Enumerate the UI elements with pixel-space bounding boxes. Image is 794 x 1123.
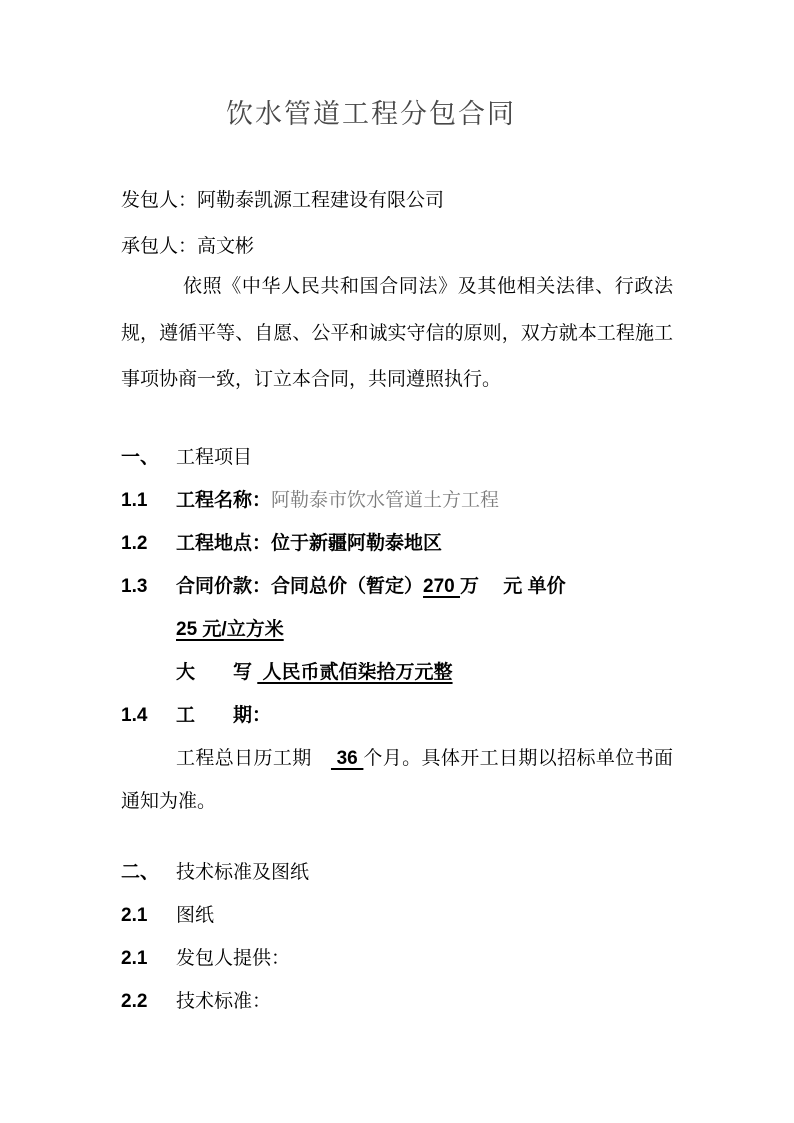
section-1-heading-row: 一、 工程项目 [121,436,673,479]
section-2-heading: 技术标准及图纸 [176,851,673,894]
total-price-prefix: 合同总价（暂定） [271,576,423,597]
amount-in-words-value-underlined: 人民币贰佰柒拾万元整 [257,662,452,683]
item-1-3-number: 1.3 [121,565,176,608]
section-1-project: 一、 工程项目 1.1 工程名称：阿勒泰市饮水管道土方工程 1.2 工程地点：位… [121,436,673,823]
employer-line: 发包人：阿勒泰凯源工程建设有限公司 [121,178,673,224]
amount-in-words-text: 大 写 人民币贰佰柒拾万元整 [176,651,673,694]
preamble-paragraph: 依照《中华人民共和国合同法》及其他相关法律、行政法规，遵循平等、自愿、公平和诚实… [121,264,673,404]
item-2-1-number: 2.1 [121,894,176,937]
section-1-number: 一、 [121,436,176,479]
item-2-1b-employer-provides-row: 2.1 发包人提供： [121,937,673,980]
unit-price-value-underlined: 25 元/立方米 [176,619,284,640]
employer-provides-label: 发包人提供： [176,937,673,980]
item-2-2-technical-standards-row: 2.2 技术标准： [121,980,673,1023]
item-1-3-text: 合同价款：合同总价（暂定）270 万 元 单价 25 元/立方米 [176,565,673,651]
item-2-1b-number: 2.1 [121,937,176,980]
item-2-2-number: 2.2 [121,980,176,1023]
project-name-label: 工程名称： [176,490,271,511]
item-1-2-number: 1.2 [121,522,176,565]
item-1-3-contract-price-row: 1.3 合同价款：合同总价（暂定）270 万 元 单价 25 元/立方米 [121,565,673,651]
section-2-standards: 二、 技术标准及图纸 2.1 图纸 2.1 发包人提供： 2.2 技术标准： [121,851,673,1023]
document-content: 饮水管道工程分包合同 发包人：阿勒泰凯源工程建设有限公司 承包人：高文彬 依照《… [0,0,794,1023]
duration-months-underlined: 36 [331,748,363,769]
amount-in-words-label: 大 写 [176,662,257,683]
item-1-2-project-location-row: 1.2 工程地点：位于新疆阿勒泰地区 [121,522,673,565]
item-1-1-project-name-row: 1.1 工程名称：阿勒泰市饮水管道土方工程 [121,479,673,522]
duration-label: 工 期： [176,694,673,737]
parties-block: 发包人：阿勒泰凯源工程建设有限公司 承包人：高文彬 [121,178,673,270]
item-1-1-number: 1.1 [121,479,176,522]
item-1-4-duration-row: 1.4 工 期： [121,694,673,737]
document-page: 饮水管道工程分包合同 发包人：阿勒泰凯源工程建设有限公司 承包人：高文彬 依照《… [0,0,794,1123]
section-2-heading-row: 二、 技术标准及图纸 [121,851,673,894]
item-1-3-amount-in-words-row: 大 写 人民币贰佰柒拾万元整 [121,651,673,694]
duration-body-prefix: 工程总日历工期 [176,748,331,769]
project-name-value: 阿勒泰市饮水管道土方工程 [271,490,499,511]
contract-price-label: 合同价款： [176,576,271,597]
item-2-1-drawings-row: 2.1 图纸 [121,894,673,937]
project-location-label: 工程地点： [176,533,271,554]
section-2-number: 二、 [121,851,176,894]
duration-body-paragraph: 工程总日历工期 36 个月。具体开工日期以招标单位书面通知为准。 [121,737,673,823]
item-1-1-text: 工程名称：阿勒泰市饮水管道土方工程 [176,479,673,522]
section-1-heading: 工程项目 [176,436,673,479]
item-1-4-number: 1.4 [121,694,176,737]
project-location-value: 位于新疆阿勒泰地区 [271,533,442,554]
drawings-label: 图纸 [176,894,673,937]
item-1-2-text: 工程地点：位于新疆阿勒泰地区 [176,522,673,565]
price-middle-text: 万 元 单价 [460,576,571,597]
total-price-value-underlined: 270 [423,576,460,597]
technical-standards-label: 技术标准： [176,980,673,1023]
document-title: 饮水管道工程分包合同 [121,96,673,132]
